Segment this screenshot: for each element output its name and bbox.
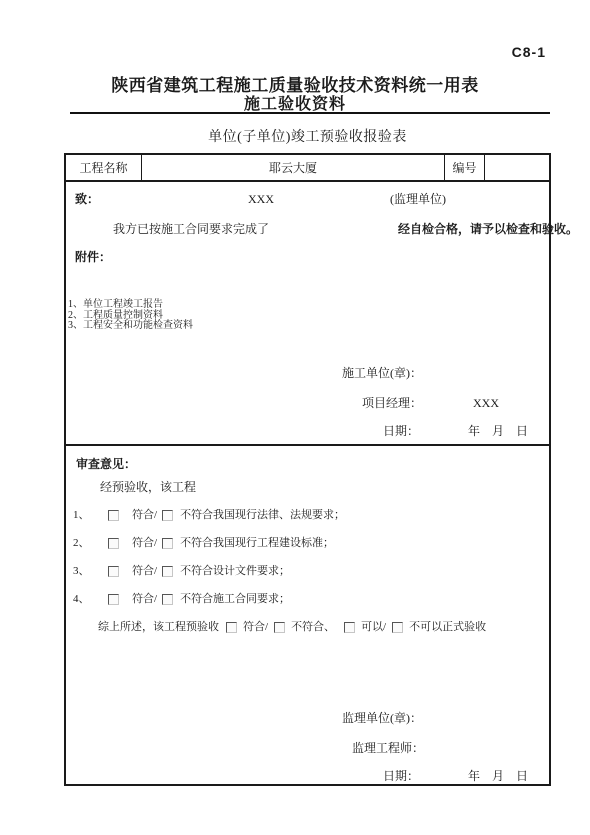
to-value[interactable]: XXX: [248, 192, 274, 206]
item-number: 1、: [73, 509, 108, 522]
checkbox-icon[interactable]: [274, 622, 285, 633]
project-manager-value[interactable]: XXX: [473, 396, 499, 410]
checkbox-icon[interactable]: [162, 594, 173, 605]
review-section: 审查意见： 经预验收，该工程 1、 符合/ 不符合我国现行法律、法规要求； 2、…: [66, 446, 549, 784]
construction-unit-seal-label: 施工单位(章)：: [342, 366, 422, 380]
date-label: 日期：: [383, 769, 419, 783]
date-value[interactable]: 年 月 日: [468, 424, 528, 438]
item-no-label: 不符合我国现行工程建设标准；: [180, 537, 334, 550]
item-number: 2、: [73, 537, 108, 550]
checkbox-icon[interactable]: [108, 538, 119, 549]
document-subtitle: 施工验收资料: [0, 91, 590, 114]
summary-prefix: 综上所述，该工程预验收: [98, 621, 219, 634]
checkbox-icon[interactable]: [162, 538, 173, 549]
attachment-label: 附件：: [75, 250, 111, 264]
checkbox-icon[interactable]: [108, 594, 119, 605]
project-manager-label: 项目经理：: [362, 396, 422, 410]
review-item-3: 3、 符合/ 不符合设计文件要求；: [73, 565, 290, 578]
review-item-1: 1、 符合/ 不符合我国现行法律、法规要求；: [73, 509, 345, 522]
summary-opt2: 不符合、: [291, 621, 335, 634]
project-name-label: 工程名称: [66, 155, 142, 180]
checkbox-icon[interactable]: [344, 622, 355, 633]
notify-section: 致： XXX (监理单位) 我方已按施工合同要求完成了 经自检合格，请予以检查和…: [66, 182, 549, 446]
completion-statement: 我方已按施工合同要求完成了: [113, 222, 269, 236]
checkbox-icon[interactable]: [162, 510, 173, 521]
checkbox-icon[interactable]: [392, 622, 403, 633]
self-check-statement: 经自检合格，请予以检查和验收。: [398, 222, 578, 236]
supervision-unit-seal-label: 监理单位(章)：: [342, 711, 422, 725]
item-no-label: 不符合施工合同要求；: [180, 593, 290, 606]
checkbox-icon[interactable]: [108, 566, 119, 577]
title-divider: [70, 112, 550, 114]
form-code: C8-1: [512, 44, 546, 60]
item-no-label: 不符合设计文件要求；: [180, 565, 290, 578]
summary-opt4: 不可以正式验收: [409, 621, 486, 634]
item-no-label: 不符合我国现行法律、法规要求；: [180, 509, 345, 522]
date-label: 日期：: [383, 424, 419, 438]
to-label: 致：: [75, 192, 99, 206]
review-intro: 经预验收，该工程: [100, 480, 196, 494]
item-yes-label: 符合/: [132, 509, 157, 522]
number-label: 编号: [445, 155, 485, 180]
attachment-item: 3、工程安全和功能检查资料: [68, 321, 193, 332]
to-suffix: (监理单位): [390, 192, 446, 206]
table-header-row: 工程名称 耶云大厦 编号: [66, 155, 549, 182]
attachment-item: 1、单位工程竣工报告: [68, 300, 193, 311]
review-item-4: 4、 符合/ 不符合施工合同要求；: [73, 593, 290, 606]
item-yes-label: 符合/: [132, 537, 157, 550]
review-summary-row: 综上所述，该工程预验收 符合/ 不符合、 可以/ 不可以正式验收: [98, 621, 486, 634]
summary-opt1: 符合/: [243, 621, 268, 634]
document-page: C8-1 陕西省建筑工程施工质量验收技术资料统一用表 施工验收资料 单位(子单位…: [0, 0, 590, 835]
number-value[interactable]: [485, 155, 549, 180]
project-name-value[interactable]: 耶云大厦: [142, 155, 445, 180]
item-number: 4、: [73, 593, 108, 606]
date-value[interactable]: 年 月 日: [468, 769, 528, 783]
item-yes-label: 符合/: [132, 565, 157, 578]
checkbox-icon[interactable]: [108, 510, 119, 521]
form-table: 工程名称 耶云大厦 编号 致： XXX (监理单位) 我方已按施工合同要求完成了…: [64, 153, 551, 786]
review-item-2: 2、 符合/ 不符合我国现行工程建设标准；: [73, 537, 334, 550]
summary-opt3: 可以/: [361, 621, 386, 634]
attachment-list: 1、单位工程竣工报告 2、工程质量控制资料 3、工程安全和功能检查资料: [68, 300, 193, 332]
item-number: 3、: [73, 565, 108, 578]
review-title: 审查意见：: [76, 457, 136, 471]
checkbox-icon[interactable]: [226, 622, 237, 633]
checkbox-icon[interactable]: [162, 566, 173, 577]
supervision-engineer-label: 监理工程师：: [352, 741, 424, 755]
item-yes-label: 符合/: [132, 593, 157, 606]
form-title: 单位(子单位)竣工预验收报验表: [64, 126, 551, 146]
